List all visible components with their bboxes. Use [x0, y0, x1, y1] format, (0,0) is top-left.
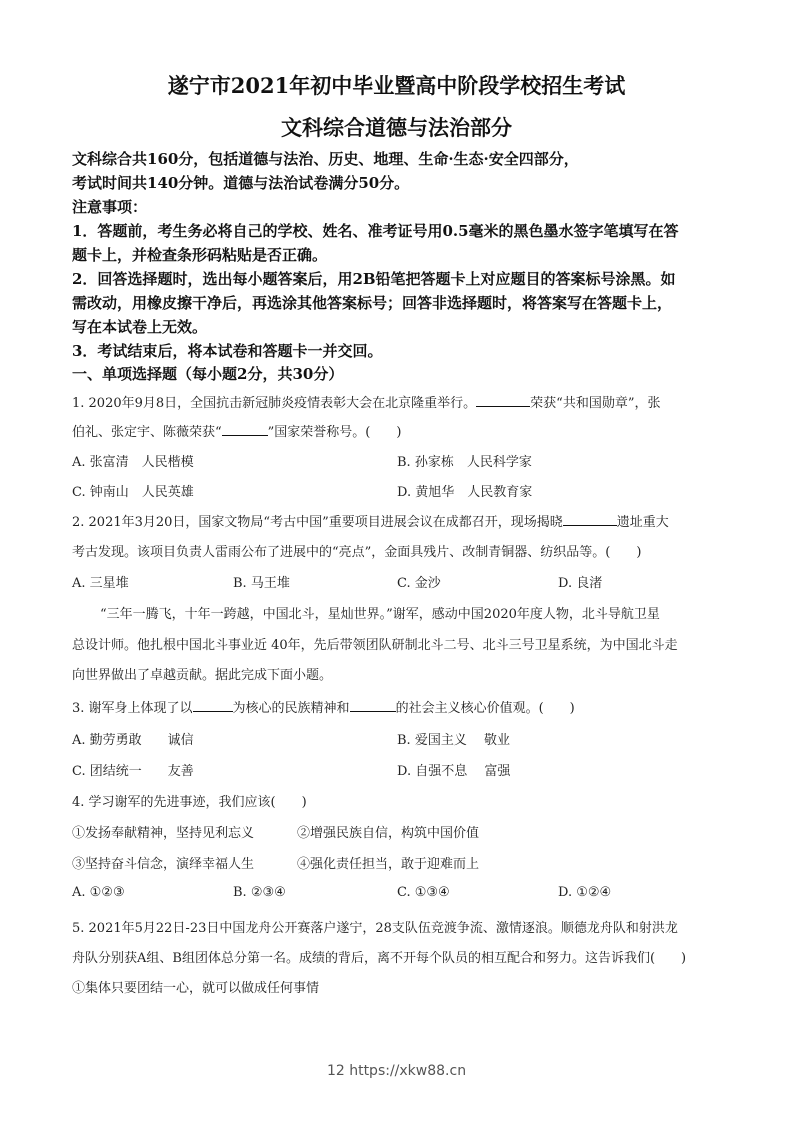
intro-line-2: 考试时间共140分钟。道德与法治试卷满分50分。 [72, 172, 733, 193]
q2-option-c: C. 金沙 [397, 572, 441, 591]
q2-text-pre: 2. 2021年3月20日，国家文物局“考古中国”重要项目进展会议在成都召开，现… [72, 515, 563, 530]
q1-option-a: A. 张富清 人民楷模 [72, 451, 194, 470]
passage-line-2: 总设计师。他扎根中国北斗事业近 40年，先后带领团队研制北斗二号、北斗三号卫星系… [72, 634, 733, 653]
q4-option-a: A. ①②③ [72, 885, 125, 900]
notice-2b: 需改动，用橡皮擦干净后，再选涂其他答案标号；回答非选择题时，将答案写在答题卡上， [72, 292, 733, 313]
q3-blank-1 [193, 699, 233, 712]
q1-line2-post: ”国家荣誉称号。( ) [268, 425, 402, 440]
q2-option-b: B. 马王堆 [233, 572, 290, 591]
exam-subtitle: 文科综合道德与法治部分 [0, 112, 793, 142]
notice-3: 3．考试结束后，将本试卷和答题卡一并交回。 [72, 340, 733, 361]
question-5-line-2: 舟队分别获A组、B组团体总分第一名。成绩的背后，离不开每个队员的相互配合和努力。… [72, 947, 733, 966]
q3-option-a: A. 勤劳勇敢 诚信 [72, 729, 194, 748]
passage-line-3: 向世界做出了卓越贡献。据此完成下面小题。 [72, 664, 733, 683]
exam-page: 遂宁市2021年初中毕业暨高中阶段学校招生考试 文科综合道德与法治部分 文科综合… [0, 0, 793, 1122]
notice-1a: 1．答题前，考生务必将自己的学校、姓名、准考证号用0.5毫米的黑色墨水签字笔填写… [72, 220, 733, 241]
passage-line-1: “三年一腾飞，十年一跨越，中国北斗，星灿世界。”谢军，感动中国2020年度人物，… [100, 603, 733, 622]
question-1-line-1: 1. 2020年9月8日，全国抗击新冠肺炎疫情表彰大会在北京隆重举行。荣获“共和… [72, 392, 733, 411]
question-4-stem: 4. 学习谢军的先进事迹，我们应该( ) [72, 791, 733, 810]
q4-option-d: D. ①②④ [558, 885, 611, 900]
q3-text-mid: 为核心的民族精神和 [233, 701, 350, 716]
intro-line-1: 文科综合共160分，包括道德与法治、历史、地理、生命·生态·安全四部分， [72, 148, 733, 169]
exam-title: 遂宁市2021年初中毕业暨高中阶段学校招生考试 [0, 70, 793, 100]
q4-item-4: ④强化责任担当，敢于迎难而上 [297, 853, 479, 872]
q1-option-d: D. 黄旭华 人民教育家 [397, 481, 532, 500]
question-2-line-2: 考古发现。该项目负责人雷雨公布了进展中的“亮点”，金面具残片、改制青铜器、纺织品… [72, 541, 733, 560]
q3-text-pre: 3. 谢军身上体现了以 [72, 701, 193, 716]
section-heading: 一、单项选择题（每小题2分，共30分） [72, 363, 733, 384]
q2-option-d: D. 良渚 [558, 572, 602, 591]
notice-2c: 写在本试卷上无效。 [72, 316, 733, 337]
q1-line2-pre: 伯礼、张定宇、陈薇荣获“ [72, 425, 222, 440]
question-1-line-2: 伯礼、张定宇、陈薇荣获“”国家荣誉称号。( ) [72, 421, 733, 440]
notice-1b: 题卡上，并检查条形码粘贴是否正确。 [72, 244, 733, 265]
question-5-line-1: 5. 2021年5月22日-23日中国龙舟公开赛落户遂宁，28支队伍竞渡争流、激… [72, 917, 733, 936]
page-footer: 12 https://xkw88.cn [0, 1063, 793, 1079]
q4-item-1: ①发扬奉献精神，坚持见利忘义 [72, 822, 254, 841]
q1-text-pre: 1. 2020年9月8日，全国抗击新冠肺炎疫情表彰大会在北京隆重举行。 [72, 396, 476, 411]
q4-option-b: B. ②③④ [233, 885, 286, 900]
q2-blank [563, 513, 617, 526]
q5-item-1: ①集体只要团结一心，就可以做成任何事情 [72, 977, 733, 996]
q3-option-b: B. 爱国主义 敬业 [397, 729, 510, 748]
q3-option-c: C. 团结统一 友善 [72, 760, 194, 779]
q4-item-3: ③坚持奋斗信念，演绎幸福人生 [72, 853, 254, 872]
question-3: 3. 谢军身上体现了以为核心的民族精神和的社会主义核心价值观。( ) [72, 697, 733, 716]
q1-blank-2 [222, 423, 268, 436]
q1-text-post: 荣获“共和国勋章”，张 [530, 396, 660, 411]
q2-option-a: A. 三星堆 [72, 572, 129, 591]
q1-blank-1 [476, 394, 530, 407]
q2-text-post: 遗址重大 [617, 515, 669, 530]
notice-2a: 2．回答选择题时，选出每小题答案后，用2B铅笔把答题卡上对应题目的答案标号涂黑。… [72, 268, 733, 289]
q4-option-c: C. ①③④ [397, 885, 450, 900]
question-2-line-1: 2. 2021年3月20日，国家文物局“考古中国”重要项目进展会议在成都召开，现… [72, 511, 733, 530]
q1-option-b: B. 孙家栋 人民科学家 [397, 451, 532, 470]
q3-blank-2 [350, 699, 396, 712]
q3-option-d: D. 自强不息 富强 [397, 760, 510, 779]
q1-option-c: C. 钟南山 人民英雄 [72, 481, 194, 500]
notice-heading: 注意事项： [72, 196, 733, 217]
q4-item-2: ②增强民族自信，构筑中国价值 [297, 822, 479, 841]
q3-text-post: 的社会主义核心价值观。( ) [396, 701, 575, 716]
